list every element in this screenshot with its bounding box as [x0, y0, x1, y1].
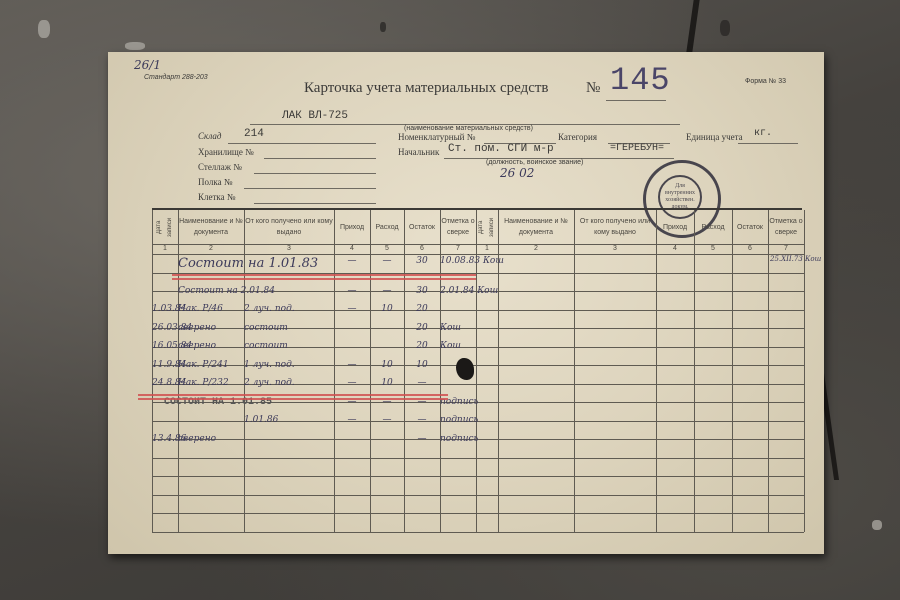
- column-number: 1: [476, 245, 498, 252]
- grid-column-line: [574, 210, 575, 532]
- material-record-card: 26/1 Стандарт 288-203 Карточка учета мат…: [108, 52, 824, 554]
- nomenclature-label: Номенклатурный №: [398, 132, 475, 142]
- right-check-note: 25.XII.73 Кош: [770, 255, 821, 263]
- column-number: 5: [694, 245, 732, 252]
- ledger-cell: —: [334, 360, 370, 370]
- ledger-cell: Нак. Р/232: [178, 378, 244, 388]
- cell-label: Клетка №: [198, 192, 236, 202]
- ledger-cell: подпись: [440, 434, 476, 444]
- ledger-cell: 2 луч. под.: [244, 378, 334, 388]
- column-number: 6: [404, 245, 440, 252]
- category-label: Категория: [558, 132, 597, 142]
- ledger-cell: 20: [404, 304, 440, 314]
- column-header: Дата записи: [476, 212, 498, 242]
- ledger-cell: —: [334, 415, 370, 425]
- material-name: ЛАК ВЛ-725: [282, 110, 348, 122]
- grid-row-line: [152, 476, 804, 477]
- standard-label: Стандарт 288-203: [144, 74, 208, 81]
- ledger-cell: сверено: [178, 434, 244, 444]
- column-number: 4: [334, 245, 370, 252]
- number-label: №: [586, 80, 600, 97]
- debris: [720, 20, 730, 36]
- grid-row-line: [152, 458, 804, 459]
- column-header: Отметка о сверке: [440, 212, 476, 242]
- column-header: Наименование и № документа: [178, 212, 244, 242]
- date-value: 26 02: [500, 166, 534, 180]
- ledger-cell: 10: [370, 304, 404, 314]
- ledger-cell: сверено: [178, 323, 244, 333]
- grid-column-line: [656, 210, 657, 532]
- chief-caption: (должность, воинское звание): [486, 159, 583, 166]
- chief-position: Ст. пом. СГИ м-р: [448, 143, 554, 155]
- ledger-cell: —: [404, 434, 440, 444]
- column-header: Расход: [370, 212, 404, 242]
- grid-row-line: [152, 439, 804, 440]
- column-number: 2: [498, 245, 574, 252]
- ledger-cell: Кош: [440, 341, 476, 351]
- unit-label: Единица учета: [686, 132, 743, 142]
- grid-row-line: [152, 513, 804, 514]
- debris: [872, 520, 882, 530]
- ledger-cell: —: [370, 415, 404, 425]
- grid-row-line: [152, 495, 804, 496]
- bullet-hole: [456, 358, 474, 380]
- column-header: От кого получено или кому выдано: [574, 212, 656, 242]
- grid-column-line: [732, 210, 733, 532]
- warehouse-value: 214: [244, 128, 264, 140]
- form-number: Форма № 33: [745, 78, 786, 85]
- column-header: Приход: [656, 212, 694, 242]
- column-number: 3: [574, 245, 656, 252]
- ledger-cell: —: [404, 378, 440, 388]
- ledger-cell: Нак. Р/241: [178, 360, 244, 370]
- ledger-cell: 1.01.86: [244, 415, 334, 425]
- ledger-cell: Кош: [440, 323, 476, 333]
- ledger-cell: —: [334, 378, 370, 388]
- ledger-cell: —: [334, 286, 370, 296]
- ledger-cell: 30: [404, 256, 440, 266]
- warehouse-label: Склад: [198, 131, 221, 141]
- storage-label: Хранилище №: [198, 147, 254, 157]
- ledger-cell: состоит: [244, 341, 334, 351]
- column-number: 3: [244, 245, 334, 252]
- column-number: 2: [178, 245, 244, 252]
- column-header: Наименование и № документа: [498, 212, 574, 242]
- column-number: 1: [152, 245, 178, 252]
- ledger-cell: Состоит на 2.01.84: [178, 286, 244, 296]
- ledger-cell: 13.4.86: [152, 434, 178, 444]
- ledger-cell: 24.8.84: [152, 378, 178, 388]
- ledger-cell: —: [334, 256, 370, 266]
- rack-label: Стеллаж №: [198, 162, 242, 172]
- unit-value: кг.: [754, 128, 772, 139]
- ledger-cell: —: [370, 256, 404, 266]
- ledger-cell: Нак. Р/46: [178, 304, 244, 314]
- grid-column-line: [768, 210, 769, 532]
- column-number: 7: [440, 245, 476, 252]
- ledger-cell: 2.01.84 Кош: [440, 286, 476, 296]
- column-number: 4: [656, 245, 694, 252]
- ledger-cell: 1 луч. под.: [244, 360, 334, 370]
- ledger-cell: 20: [404, 323, 440, 333]
- ledger-cell: сверено: [178, 341, 244, 351]
- ledger-cell: 20: [404, 341, 440, 351]
- grid-row-line: [152, 532, 804, 533]
- material-caption: (наименование материальных средств): [404, 125, 533, 132]
- chief-label: Начальник: [398, 147, 439, 157]
- ledger-cell: 10: [404, 360, 440, 370]
- ledger-cell: 10: [370, 360, 404, 370]
- ledger-cell: —: [334, 304, 370, 314]
- ledger-cell: состоит: [244, 323, 334, 333]
- ledger-cell: 30: [404, 286, 440, 296]
- column-number: 5: [370, 245, 404, 252]
- column-header: Остаток: [732, 212, 768, 242]
- card-number: 145: [610, 62, 671, 99]
- column-header: Остаток: [404, 212, 440, 242]
- ledger-cell: —: [404, 415, 440, 425]
- debris: [38, 20, 50, 38]
- ledger-cell: 10.08.83 Кош: [440, 256, 476, 266]
- floor-crack: [686, 0, 699, 52]
- column-header: Отметка о сверке: [768, 212, 804, 242]
- column-number: 6: [732, 245, 768, 252]
- ledger-cell: 10: [370, 378, 404, 388]
- corner-note: 26/1: [134, 58, 161, 72]
- ledger-cell: 2 луч. под.: [244, 304, 334, 314]
- ledger-cell: 16.05.84: [152, 341, 178, 351]
- shelf-label: Полка №: [198, 177, 232, 187]
- card-title: Карточка учета материальных средств: [304, 80, 549, 97]
- ledger-cell: —: [370, 286, 404, 296]
- grid-column-line: [152, 210, 153, 532]
- grid-row-line: [152, 254, 804, 255]
- grid-column-line: [694, 210, 695, 532]
- column-header: Приход: [334, 212, 370, 242]
- ledger-cell: 11.9.84: [152, 360, 178, 370]
- column-header: Дата записи: [152, 212, 178, 242]
- ledger-cell: 1.03.84: [152, 304, 178, 314]
- column-number: 7: [768, 245, 804, 252]
- column-header: От кого получено или кому выдано: [244, 212, 334, 242]
- debris: [125, 42, 145, 50]
- ledger-cell: Состоит на 1.01.83: [178, 256, 244, 271]
- chief-name: =ГЕРЕБУН=: [610, 143, 664, 154]
- debris: [380, 22, 386, 32]
- column-header: Расход: [694, 212, 732, 242]
- ledger-cell: подпись: [440, 415, 476, 425]
- ledger-cell: 26.03.84: [152, 323, 178, 333]
